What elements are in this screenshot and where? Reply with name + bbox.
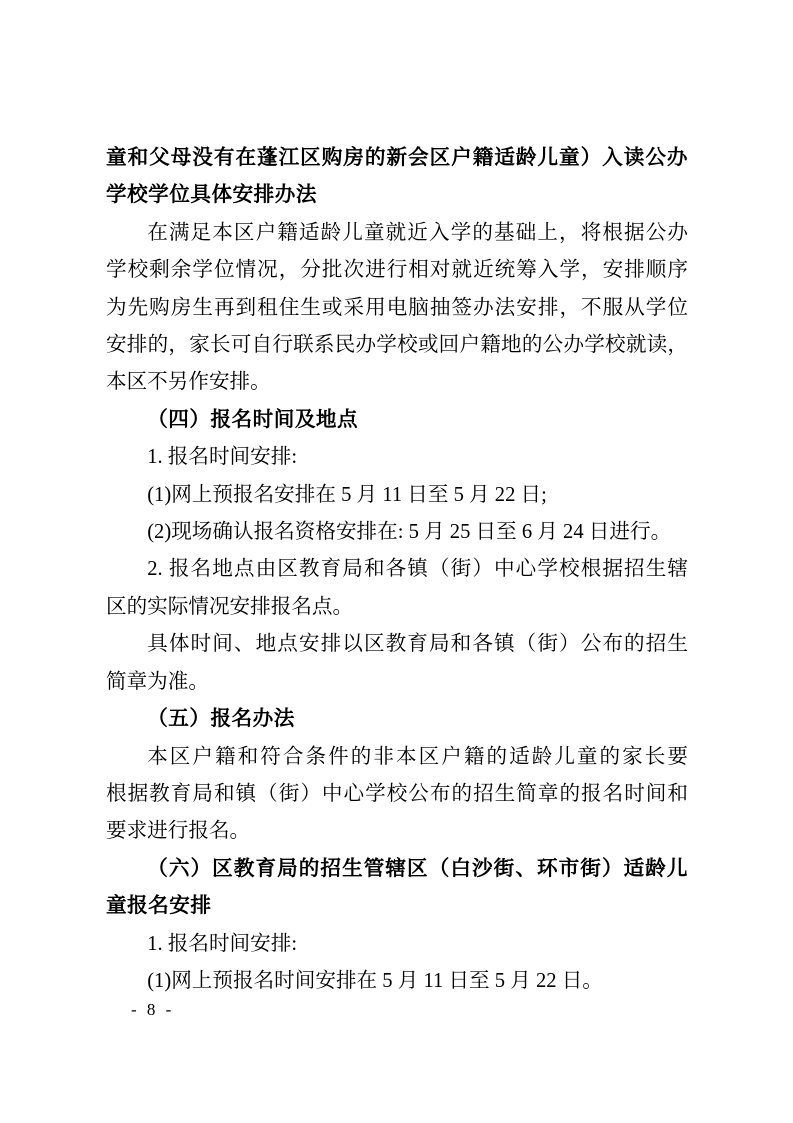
text-line: （五）报名办法 — [106, 701, 688, 738]
text-line: (1)网上预报名安排在 5 月 11 日至 5 月 22 日; — [106, 477, 688, 514]
text-line: （六）区教育局的招生管辖区（白沙街、环市街）适龄儿 — [106, 851, 688, 888]
text-line: 童报名安排 — [106, 888, 688, 925]
paragraph: 本区户籍和符合条件的非本区户籍的适龄儿童的家长要根据教育局和镇（街）中心学校公布… — [106, 739, 688, 851]
paragraph: 2. 报名地点由区教育局和各镇（街）中心学校根据招生辖区的实际情况安排报名点。 — [106, 551, 688, 626]
text-line: (1)网上预报名时间安排在 5 月 11 日至 5 月 22 日。 — [106, 963, 688, 1000]
text-line: 学校学位具体安排办法 — [106, 177, 688, 214]
section-heading: （五）报名办法 — [106, 701, 688, 738]
text-line: 根据教育局和镇（街）中心学校公布的招生简章的报名时间和 — [106, 776, 688, 813]
text-line: 简章为准。 — [106, 664, 688, 701]
text-line: 区的实际情况安排报名点。 — [106, 589, 688, 626]
text-line: 在满足本区户籍适龄儿童就近入学的基础上，将根据公办 — [106, 215, 688, 252]
paragraph: 在满足本区户籍适龄儿童就近入学的基础上，将根据公办学校剩余学位情况，分批次进行相… — [106, 215, 688, 402]
text-line: 学校剩余学位情况，分批次进行相对就近统筹入学，安排顺序 — [106, 252, 688, 289]
section-heading: （四）报名时间及地点 — [106, 402, 688, 439]
paragraph: 1. 报名时间安排: — [106, 926, 688, 963]
paragraph: 具体时间、地点安排以区教育局和各镇（街）公布的招生简章为准。 — [106, 626, 688, 701]
text-line: 2. 报名地点由区教育局和各镇（街）中心学校根据招生辖 — [106, 551, 688, 588]
text-line: 本区不另作安排。 — [106, 364, 688, 401]
page-footer: - 8 - — [131, 999, 174, 1020]
text-line: 1. 报名时间安排: — [106, 926, 688, 963]
text-line: 要求进行报名。 — [106, 813, 688, 850]
section-heading: （六）区教育局的招生管辖区（白沙街、环市街）适龄儿童报名安排 — [106, 851, 688, 926]
text-line: 具体时间、地点安排以区教育局和各镇（街）公布的招生 — [106, 626, 688, 663]
document-page: 童和父母没有在蓬江区购房的新会区户籍适龄儿童）入读公办学校学位具体安排办法在满足… — [0, 0, 793, 1123]
text-line: （四）报名时间及地点 — [106, 402, 688, 439]
section-heading: 童和父母没有在蓬江区购房的新会区户籍适龄儿童）入读公办学校学位具体安排办法 — [106, 140, 688, 215]
paragraph: 1. 报名时间安排: — [106, 439, 688, 476]
text-line: 安排的，家长可自行联系民办学校或回户籍地的公办学校就读， — [106, 327, 688, 364]
paragraph: (1)网上预报名时间安排在 5 月 11 日至 5 月 22 日。 — [106, 963, 688, 1000]
page-number: - 8 - — [131, 1000, 174, 1019]
document-body: 童和父母没有在蓬江区购房的新会区户籍适龄儿童）入读公办学校学位具体安排办法在满足… — [106, 140, 688, 1000]
text-line: 童和父母没有在蓬江区购房的新会区户籍适龄儿童）入读公办 — [106, 140, 688, 177]
paragraph: (2)现场确认报名资格安排在: 5 月 25 日至 6 月 24 日进行。 — [106, 514, 688, 551]
paragraph: (1)网上预报名安排在 5 月 11 日至 5 月 22 日; — [106, 477, 688, 514]
text-line: 1. 报名时间安排: — [106, 439, 688, 476]
text-line: (2)现场确认报名资格安排在: 5 月 25 日至 6 月 24 日进行。 — [106, 514, 688, 551]
text-line: 本区户籍和符合条件的非本区户籍的适龄儿童的家长要 — [106, 739, 688, 776]
text-line: 为先购房生再到租住生或采用电脑抽签办法安排，不服从学位 — [106, 290, 688, 327]
